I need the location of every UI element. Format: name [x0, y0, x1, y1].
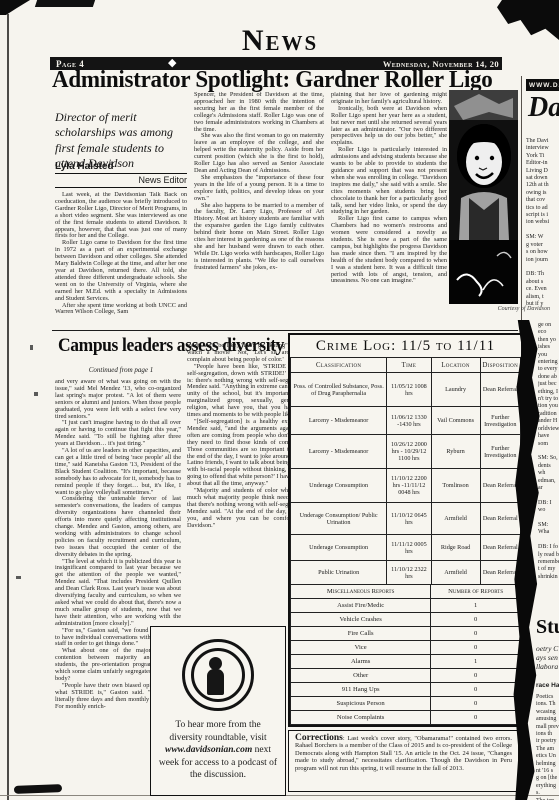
crime-log-row: Underage Consumption 11/10/12 2200 hrs -…	[291, 469, 521, 503]
col-header-classification: Classification	[291, 358, 387, 373]
section-divider-rule	[52, 330, 518, 331]
scan-mark	[16, 576, 21, 579]
scan-artifact-top-left	[0, 0, 30, 15]
col-header-disposition: Disposition	[480, 358, 520, 373]
adjacent-text-fragments-top: The Davi interview York Ti Editor-in Liv…	[526, 138, 559, 320]
cell-time: 10/26/12 2000 hrs - 10/29/12 1100 hrs	[387, 435, 431, 469]
cell-time: 11/05/12 1008 hrs	[387, 373, 431, 407]
misc-header-count: Number of Reports	[431, 585, 521, 599]
body-paragraph: After she spent time working at both UNC…	[55, 303, 187, 317]
crime-log-row: Underage Consumption/ Public Urination 1…	[291, 503, 521, 535]
adjacent-text-fragments-mid: ge on eco then yo ishes you entering to …	[538, 322, 559, 614]
crime-log-box: Crime Log: 11/5 to 11/11 Classification …	[288, 333, 523, 727]
body-paragraph: Last week, at the Davidsonian Talk Back …	[55, 192, 187, 240]
section-masthead: News	[100, 24, 460, 58]
cell-classification: Underage Consumption	[291, 469, 387, 503]
misc-row: Alarms1	[291, 655, 521, 669]
cell-classification: Underage Consumption/ Public Urination	[291, 503, 387, 535]
misc-label: Assist Fire/Medic	[291, 599, 431, 613]
misc-label: Noise Complaints	[291, 711, 431, 725]
misc-row: Vice0	[291, 641, 521, 655]
cell-disposition: Dean Referral	[480, 503, 520, 535]
body-paragraph: and very aware of what was going on with…	[55, 379, 181, 420]
podcast-url-text: www.davidsonian.com	[165, 745, 252, 755]
body-paragraph: Spencer, the President of Davidson at th…	[194, 92, 324, 133]
podcast-text-before: To hear more from the diversity roundtab…	[169, 720, 266, 743]
podcast-promo-box: To hear more from the diversity roundtab…	[150, 626, 286, 796]
crime-log-row: Public Urination 11/10/12 2322 hrs Armfi…	[291, 561, 521, 585]
scan-artifact-top-left-2	[35, 0, 95, 7]
misc-label: 911 Hang Ups	[291, 683, 431, 697]
cell-classification: Underage Consumption	[291, 535, 387, 561]
cell-classification: Poss. of Controlled Substance, Poss. of …	[291, 373, 387, 407]
cell-disposition: Dean Referral	[480, 373, 520, 407]
cell-disposition: Further Investigation	[480, 435, 520, 469]
misc-label: Vice	[291, 641, 431, 655]
body-paragraph: She also happens to be married to a memb…	[194, 203, 324, 272]
adjacent-byline-fragment: race Ha	[536, 682, 559, 689]
cell-time: 11/10/12 2322 hrs	[387, 561, 431, 585]
col-header-time: Time	[387, 358, 431, 373]
misc-row: 911 Hang Ups0	[291, 683, 521, 697]
misc-row: Other0	[291, 669, 521, 683]
corrections-box: Corrections: Last week's cover story, "O…	[288, 730, 519, 792]
misc-count: 0	[431, 669, 521, 683]
podcast-icon-person-body	[207, 669, 224, 695]
byline-author: Lyla Halsted	[55, 161, 187, 174]
misc-header-label: Miscellaneous Reports	[291, 585, 431, 599]
misc-count: 0	[431, 627, 521, 641]
cell-time: 11/10/12 2200 hrs -11/11/12 0048 hrs	[387, 469, 431, 503]
misc-header-row: Miscellaneous Reports Number of Reports	[291, 585, 521, 599]
crime-log-row: Poss. of Controlled Substance, Poss. of …	[291, 373, 521, 407]
misc-label: Vehicle Crashes	[291, 613, 431, 627]
podcast-icon	[182, 639, 254, 711]
body-paragraph: "I just can't imagine having to do that …	[55, 420, 181, 448]
body-paragraph: She emphasizes the "importance of these …	[194, 175, 324, 203]
crime-log-table: Classification Time Location Disposition…	[290, 357, 521, 585]
body-paragraph: Roller Ligo first came to campus when Ch…	[331, 216, 447, 285]
scan-mark	[30, 345, 33, 350]
body-paragraph: Roller Ligo is particularly interested i…	[331, 147, 447, 216]
cell-time: 11/11/12 0005 hrs	[387, 535, 431, 561]
crime-log-header-row: Classification Time Location Disposition	[291, 358, 521, 373]
article1-column-3: plaining that her love of gardening migh…	[331, 92, 447, 333]
cell-disposition: Further Investigation	[480, 407, 520, 435]
cell-time: 11/10/12 0645 hrs	[387, 503, 431, 535]
misc-count: 0	[431, 697, 521, 711]
cell-location: Tomlinson	[431, 469, 480, 503]
body-paragraph: Roller Ligo came to Davidson for the fir…	[55, 240, 187, 302]
page-fold-line	[521, 76, 522, 328]
body-paragraph: She was also the first woman to go on ma…	[194, 133, 324, 174]
article1-column-2: Spencer, the President of Davidson at th…	[194, 92, 324, 333]
podcast-icon-ring	[191, 648, 245, 702]
cell-classification: Larceny - Misdemeanor	[291, 435, 387, 469]
cell-location: Ryburn	[431, 435, 480, 469]
body-paragraph: "A lot of us are leaders in other capaci…	[55, 448, 181, 496]
newspaper-scan-page: { "masthead": { "section_title": "News" …	[0, 0, 559, 800]
adjacent-headline-fragment: Stu	[536, 616, 559, 639]
misc-label: Other	[291, 669, 431, 683]
cell-location: Armfield	[431, 503, 480, 535]
article1-headline: Administrator Spotlight: Gardner Roller …	[52, 66, 501, 94]
crime-log-row: Underage Consumption 11/11/12 0005 hrs R…	[291, 535, 521, 561]
miscellaneous-reports-table: Miscellaneous Reports Number of Reports …	[290, 584, 521, 725]
misc-row: Vehicle Crashes0	[291, 613, 521, 627]
misc-label: Fire Calls	[291, 627, 431, 641]
portrait-photo-art	[449, 90, 518, 304]
misc-row: Assist Fire/Medic1	[291, 599, 521, 613]
adjacent-masthead-fragment: Dav	[528, 92, 559, 124]
misc-count: 1	[431, 599, 521, 613]
misc-count: 0	[431, 641, 521, 655]
misc-label: Suspicious Person	[291, 697, 431, 711]
page-edge-line	[7, 14, 9, 800]
body-paragraph: Ironically, both were at Davidson when R…	[331, 106, 447, 147]
misc-row: Suspicious Person0	[291, 697, 521, 711]
article1-byline-block: Lyla Halsted News Editor	[55, 161, 187, 188]
misc-count: 0	[431, 683, 521, 697]
crime-log-row: Larceny - Misdemeanor 11/06/12 1330 -143…	[291, 407, 521, 435]
cell-location: Ridge Road	[431, 535, 480, 561]
misc-count: 0	[431, 711, 521, 725]
cell-location: Armfield	[431, 561, 480, 585]
article1-column-1: Last week, at the Davidsonian Talk Back …	[55, 192, 187, 332]
body-paragraph: "The level at which it is publicized thi…	[55, 559, 181, 628]
article1-photo	[449, 90, 518, 304]
misc-row: Noise Complaints0	[291, 711, 521, 725]
scan-mark	[34, 392, 38, 396]
col-header-location: Location	[431, 358, 480, 373]
crime-log-title: Crime Log: 11/5 to 11/11	[290, 335, 521, 357]
adjacent-deck-fragments: oetry C ays sen llabora	[536, 644, 559, 671]
scan-artifact-top-right	[497, 0, 559, 40]
misc-row: Fire Calls0	[291, 627, 521, 641]
cell-location: Laundry	[431, 373, 480, 407]
podcast-promo-text: To hear more from the diversity roundtab…	[151, 719, 285, 782]
website-url-fragment: WWW.DA	[526, 79, 559, 91]
misc-label: Alarms	[291, 655, 431, 669]
continued-note: Continued from page 1	[55, 366, 187, 374]
cell-classification: Public Urination	[291, 561, 387, 585]
crime-log-row: Larceny - Misdemeanor 10/26/12 2000 hrs …	[291, 435, 521, 469]
body-paragraph: Considering the untenable fervor of last…	[55, 496, 181, 558]
adjacent-text-fragments-bottom: Poetics ions. Th wcasing amusing mall pr…	[536, 694, 559, 800]
cell-time: 11/06/12 1330 -1430 hrs	[387, 407, 431, 435]
cell-disposition: Dean Referral	[480, 469, 520, 503]
body-paragraph: plaining that her love of gardening migh…	[331, 92, 447, 106]
misc-count: 0	[431, 613, 521, 627]
cell-location: Vail Commons	[431, 407, 480, 435]
misc-count: 1	[431, 655, 521, 669]
cell-disposition: Dean Referral	[480, 535, 520, 561]
byline-role: News Editor	[55, 174, 187, 188]
cell-classification: Larceny - Misdemeanor	[291, 407, 387, 435]
cell-disposition: Dean Referral	[480, 561, 520, 585]
